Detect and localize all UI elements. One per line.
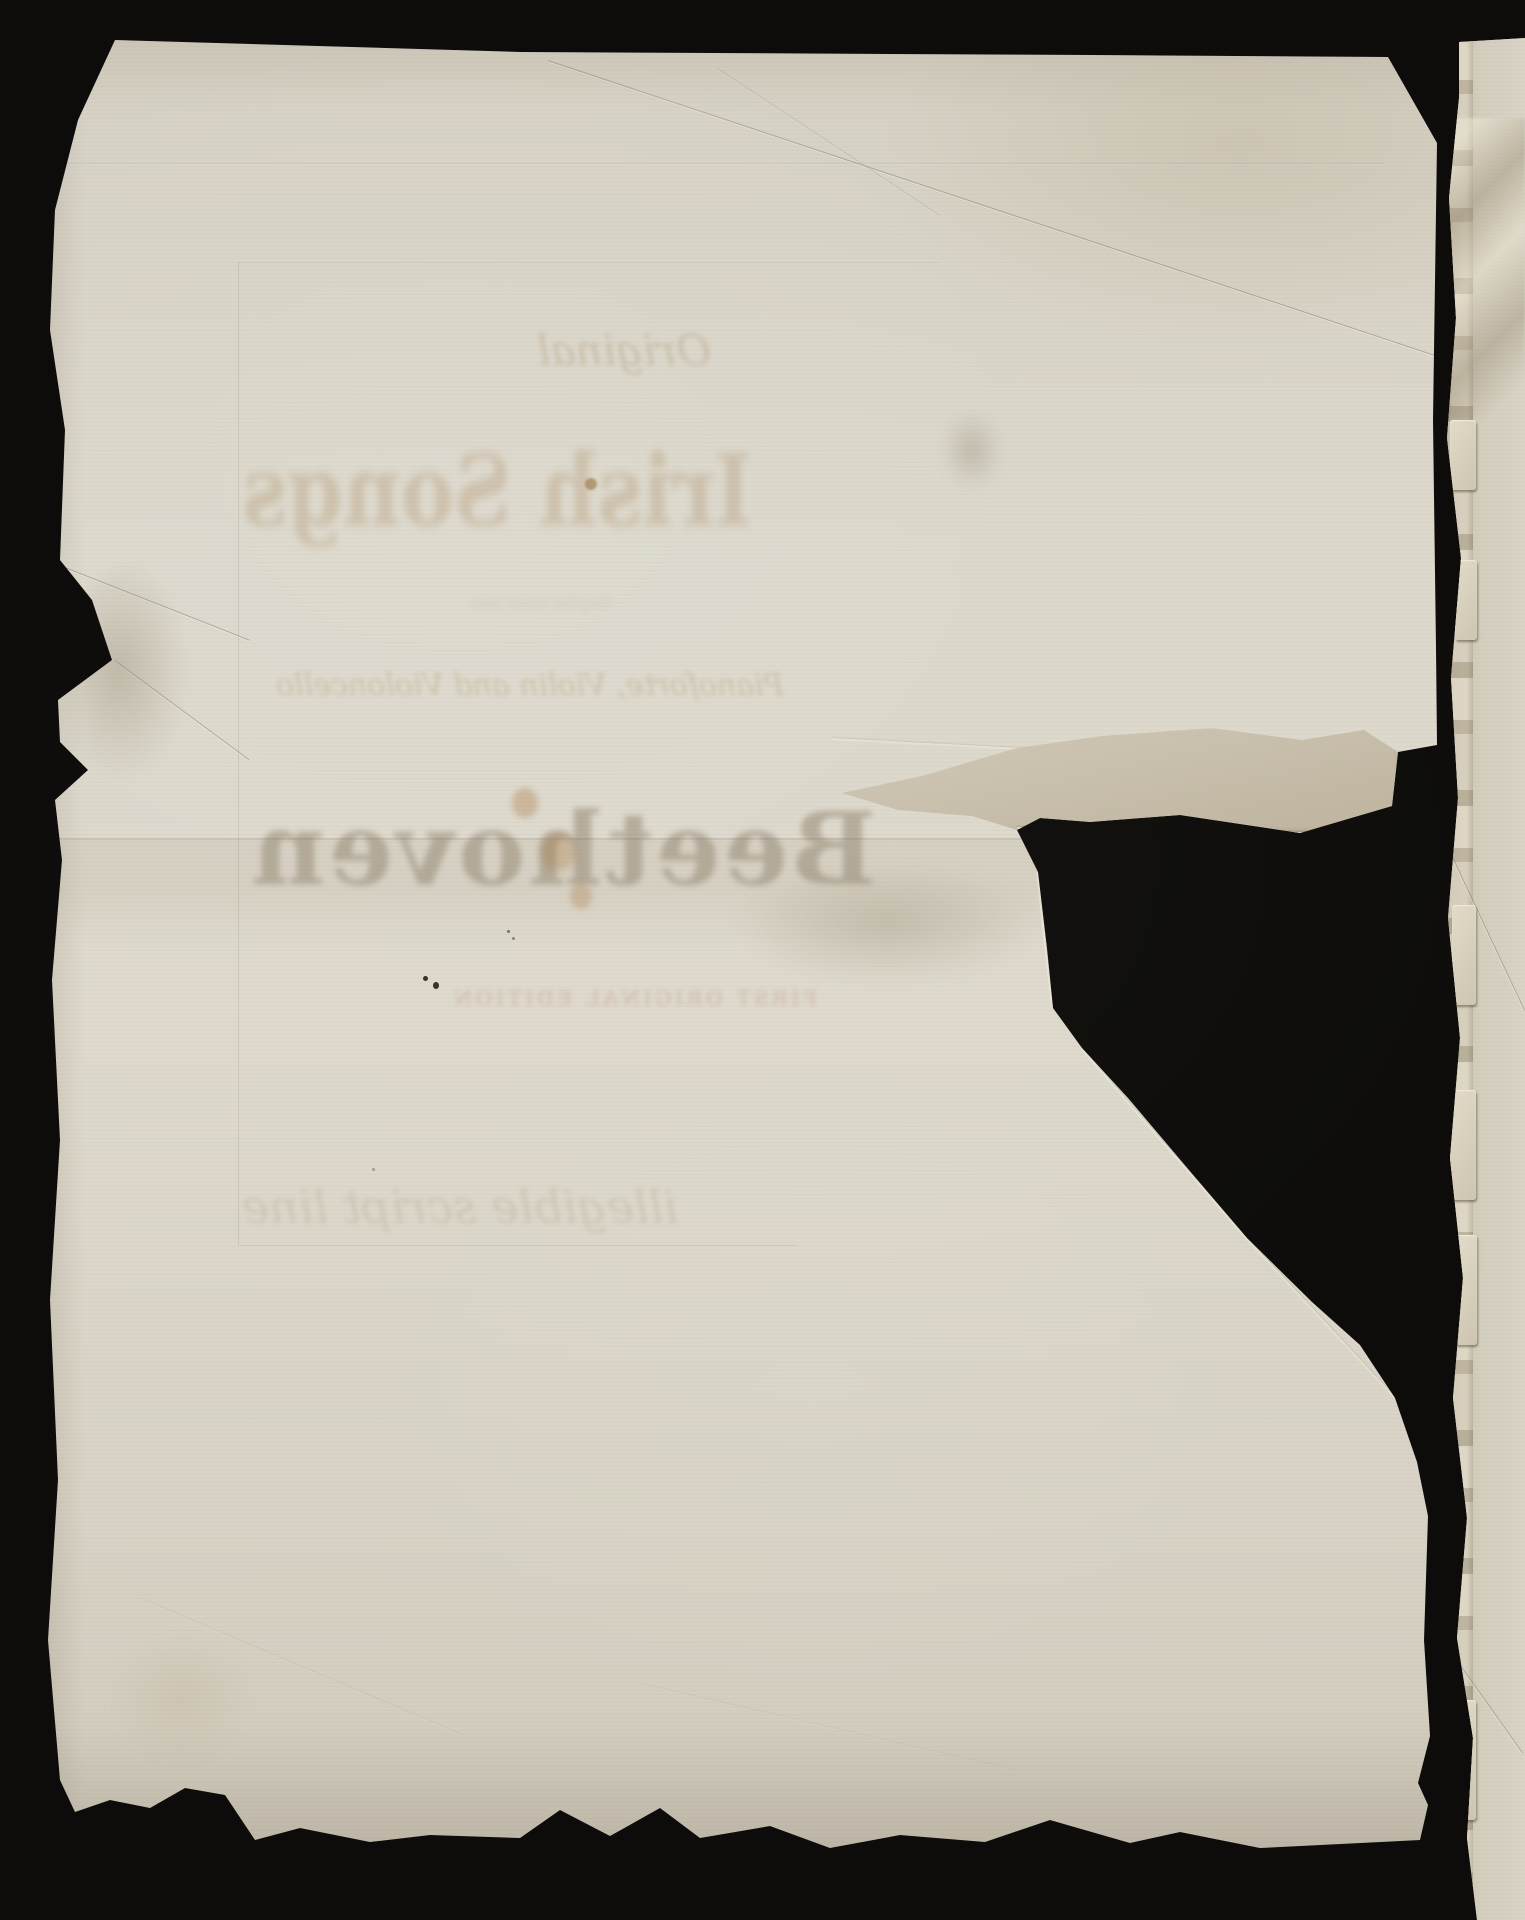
stain [542,833,576,871]
horizontal-fold-shadow [42,838,1042,988]
bleedthrough-instrumentation: Pianoforte, Violin and Violoncello [250,668,810,703]
torn-edge-highlight [1036,872,1053,1008]
ink-speck [507,930,510,933]
fold-shading [732,864,1042,984]
bleedthrough-edition: FIRST ORIGINAL EDITION [457,986,817,1010]
torn-edge-highlight [1246,1238,1396,1399]
plate-mark-top [238,262,938,263]
crease-line [44,163,1384,164]
stain [570,883,592,909]
peeled-chip [1452,905,1476,1005]
stain [112,1638,252,1758]
crumpled-corner [1443,118,1525,418]
plate-mark-bottom [238,1245,798,1246]
torn-edge-highlight [1080,1048,1247,1239]
stain-dot [585,478,597,490]
crease-line [642,1683,1017,1771]
torn-page-verso: Original Irish Songs illegible small tex… [42,38,1437,1850]
stain [942,410,1002,490]
peeled-chip [1450,1700,1476,1820]
crease-line [142,1598,465,1736]
bleedthrough-composer: Beethoven [242,790,882,908]
ink-speck [423,976,428,981]
bleedthrough-title: Irish Songs [172,433,823,549]
peeled-chip [1455,560,1477,640]
edge-shading [42,38,1437,1850]
peeled-chip [1450,420,1476,490]
corner-fold-shading [50,558,280,808]
crease-line [1449,1650,1523,1753]
ink-speck [512,937,515,940]
peeled-chip [1450,1090,1476,1200]
torn-edge-highlight [1017,827,1307,834]
ink-speck [372,1168,375,1171]
stain [512,788,538,818]
paper-texture [42,38,1437,1850]
crease-line [717,68,939,216]
bleedthrough-imprint: illegible script line [220,1180,700,1234]
corner-fold-crease [60,565,250,641]
corner-fold-crease [114,660,249,760]
bleedthrough-subtitle: illegible small text [432,594,652,612]
black-felt-background: Original Irish Songs illegible small tex… [0,0,1525,1920]
adjacent-page-edge [1443,38,1525,1920]
bleedthrough-header: Original [524,326,724,375]
peeled-chip [1455,1235,1477,1345]
ink-speck [433,982,439,989]
crease-line [548,60,1437,357]
